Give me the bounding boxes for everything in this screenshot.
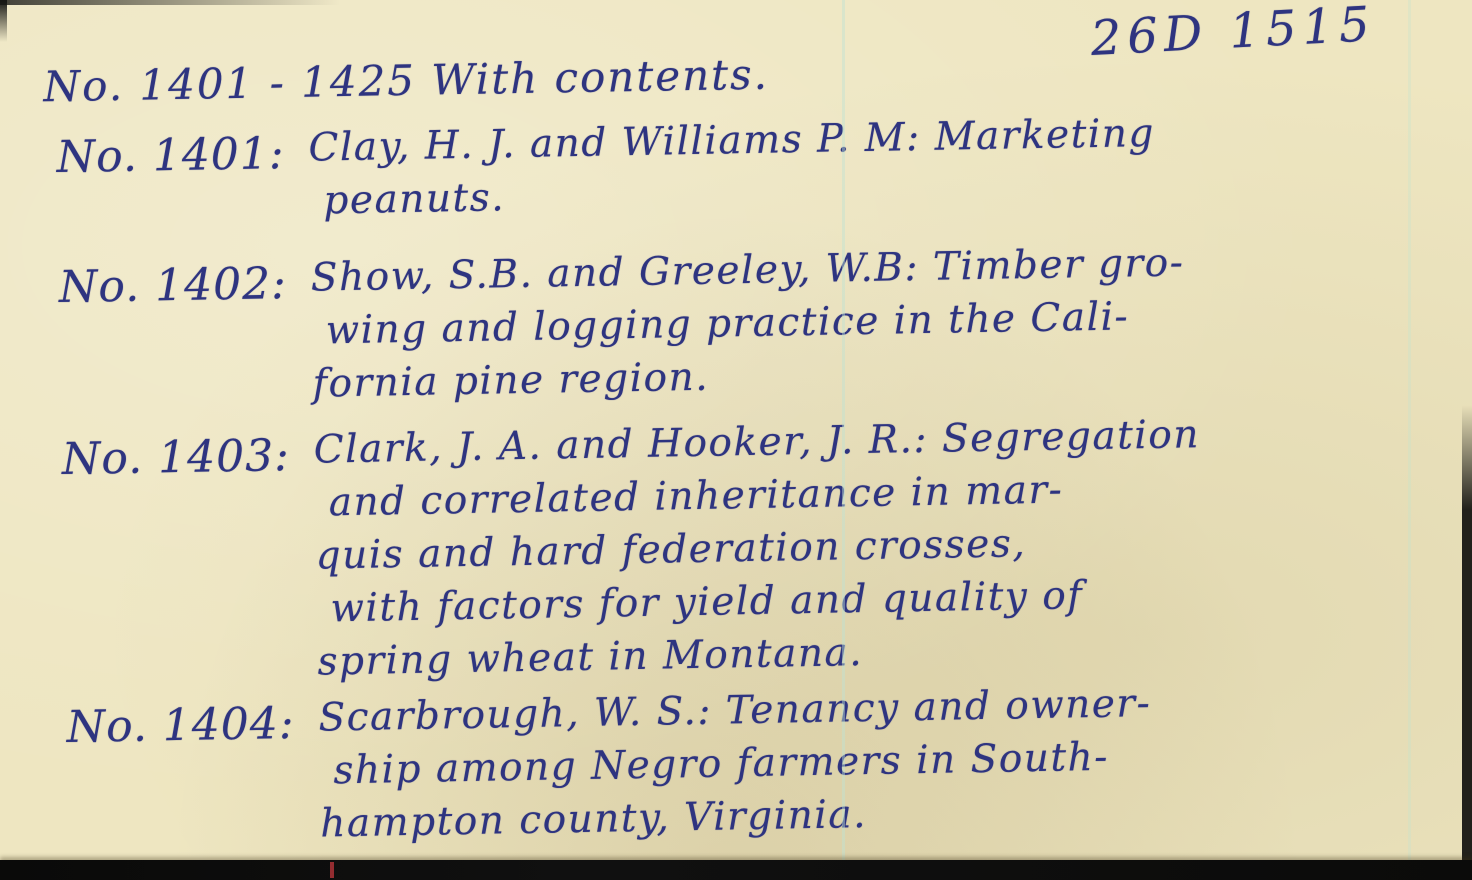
- index-card: 26D 1515 No. 1401 - 1425 With contents. …: [0, 0, 1472, 880]
- scan-edge-top-left: [0, 0, 7, 42]
- card-header-range: No. 1401 - 1425 With contents.: [43, 50, 769, 112]
- entry-number: No. 1404:: [66, 698, 295, 753]
- catalog-code: 26D 1515: [1089, 0, 1377, 67]
- paper-crease-line: [1408, 0, 1411, 880]
- handwritten-content: 26D 1515 No. 1401 - 1425 With contents. …: [0, 0, 1472, 880]
- scan-edge-bottom: [0, 860, 1472, 880]
- entry-number: No. 1401:: [56, 128, 285, 183]
- entry-1402: No. 1402: Show, S.B. and Greeley, W.B: T…: [58, 232, 1447, 415]
- entry-number: No. 1403:: [61, 430, 290, 485]
- entry-1403: No. 1403: Clark, J. A. and Hooker, J. R.…: [61, 404, 1451, 693]
- entry-text: Clark, J. A. and Hooker, J. R.: Segregat…: [313, 404, 1451, 689]
- red-registration-mark: [330, 862, 334, 878]
- entry-1401: No. 1401: Clay, H. J. and Williams P. M:…: [56, 102, 1444, 232]
- entry-text: Clay, H. J. and Williams P. M: Marketing…: [308, 102, 1444, 228]
- entry-text: Scarbrough, W. S.: Tenancy and owner- sh…: [318, 672, 1455, 851]
- entry-number: No. 1402:: [58, 258, 287, 313]
- entry-1404: No. 1404: Scarbrough, W. S.: Tenancy and…: [66, 672, 1455, 855]
- scan-edge-right: [1462, 405, 1472, 880]
- scan-edge-top: [0, 0, 340, 5]
- entry-text: Show, S.B. and Greeley, W.B: Timber gro-…: [310, 232, 1447, 411]
- paper-crease-line: [842, 0, 845, 880]
